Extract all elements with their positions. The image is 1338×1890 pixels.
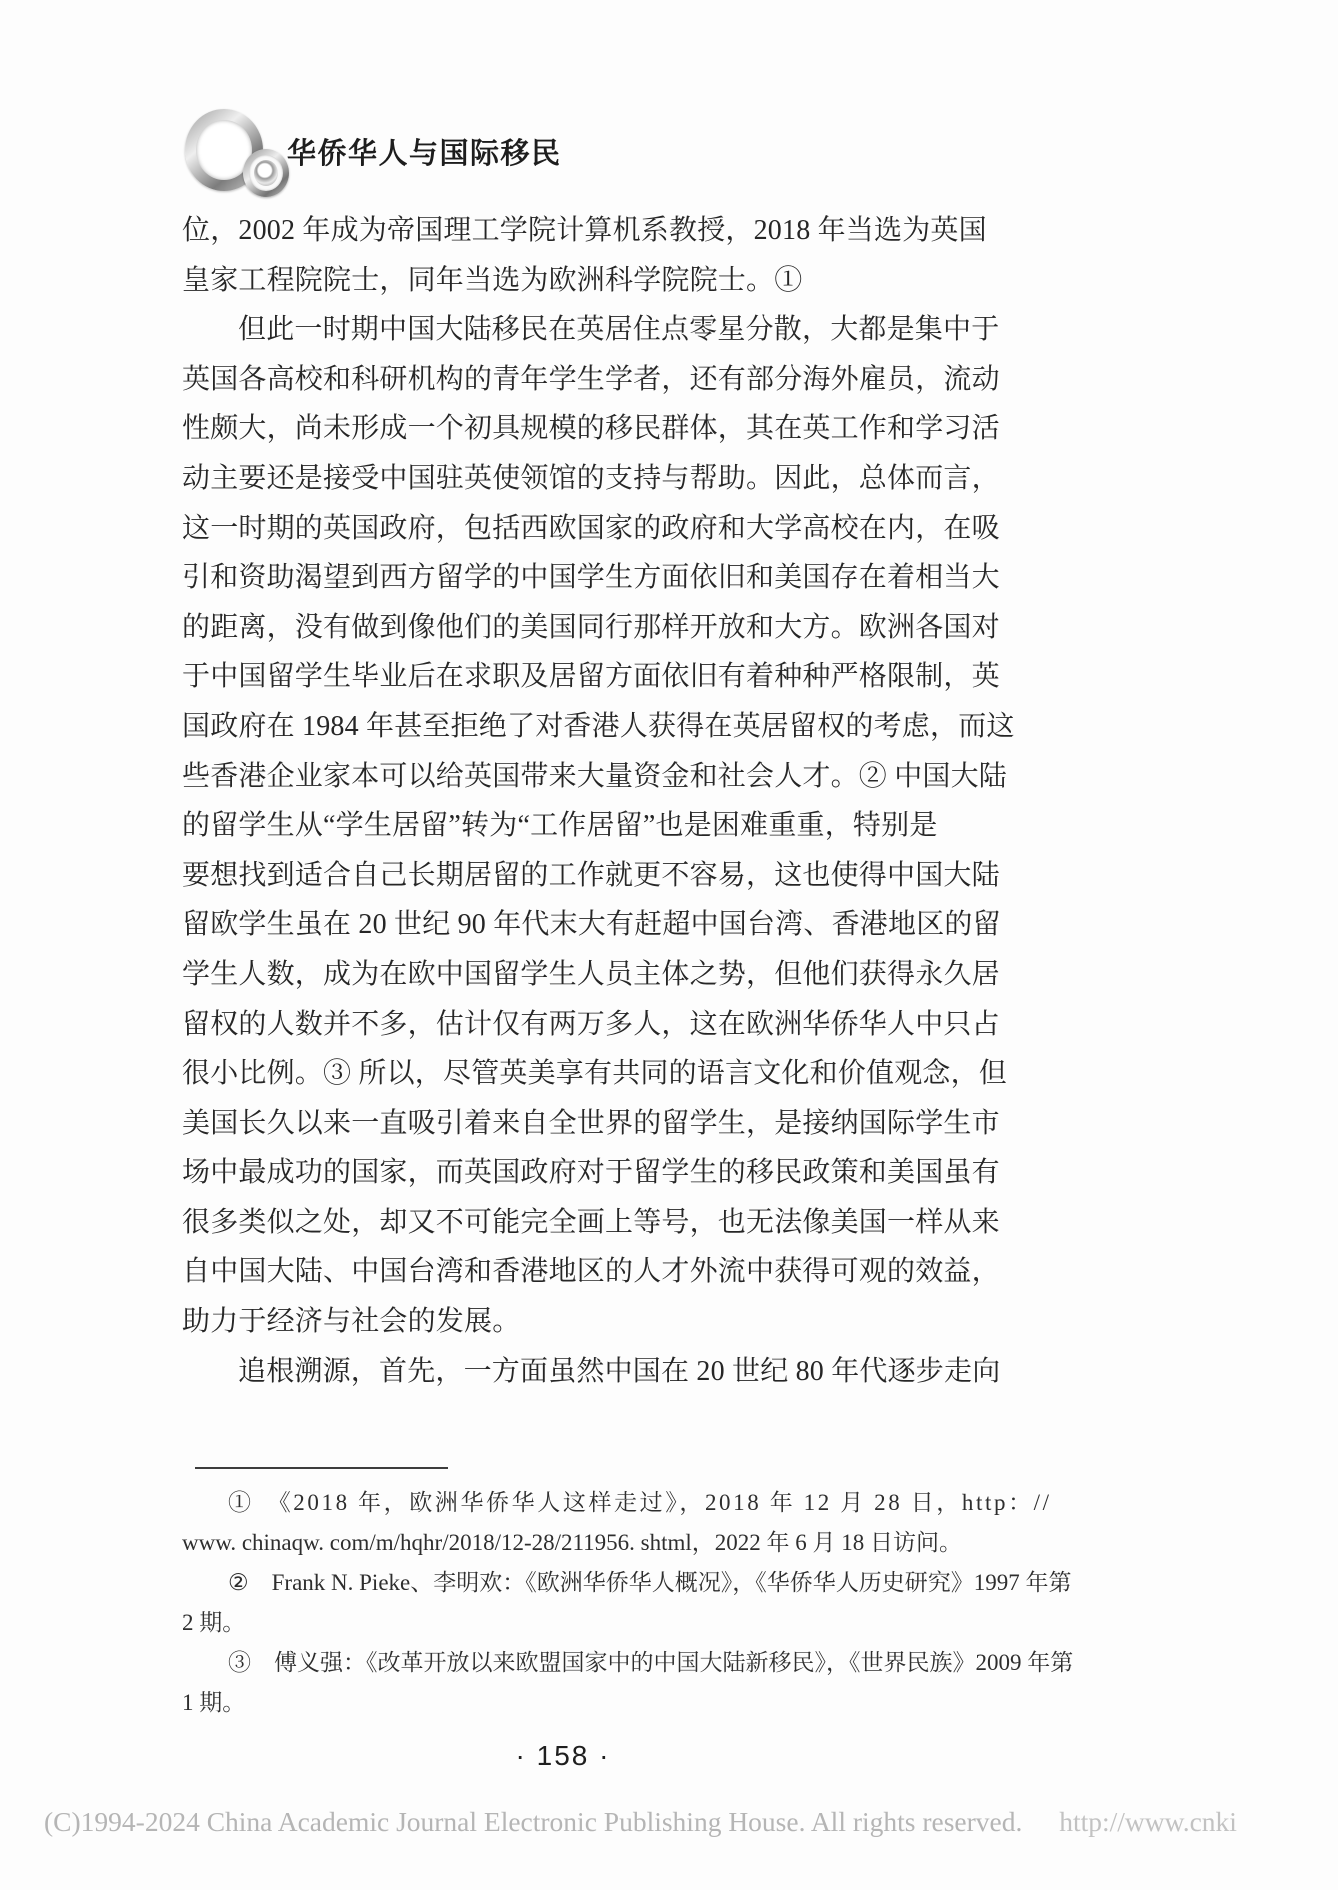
body-line: 助力于经济与社会的发展。 (182, 1297, 944, 1347)
footnote-line: ③ 傅义强：《改革开放以来欧盟国家中的中国大陆新移民》，《世界民族》2009 年… (182, 1643, 952, 1683)
body-line: 些香港企业家本可以给英国带来大量资金和社会人才。② 中国大陆 (182, 752, 944, 802)
copyright-url: http://www.cnki (1059, 1806, 1237, 1837)
body-line: 动主要还是接受中国驻英使领馆的支持与帮助。因此，总体而言， (182, 454, 944, 504)
copyright-text: (C)1994-2024 China Academic Journal Elec… (44, 1806, 1022, 1837)
body-line: 英国各高校和科研机构的青年学生学者，还有部分海外雇员，流动 (182, 355, 944, 405)
body-line: 的留学生从“学生居留”转为“工作居留”也是困难重重，特别是 (182, 801, 944, 851)
body-line: 位，2002 年成为帝国理工学院计算机系教授，2018 年当选为英国 (182, 206, 944, 256)
small-ring-icon (243, 149, 289, 197)
footnote-separator (195, 1467, 448, 1469)
body-text: 位，2002 年成为帝国理工学院计算机系教授，2018 年当选为英国 皇家工程院… (182, 206, 944, 1396)
body-line: 留权的人数并不多，估计仅有两万多人，这在欧洲华侨华人中只占 (182, 1000, 944, 1050)
footnote-line: www. chinaqw. com/m/hqhr/2018/12-28/2119… (182, 1523, 952, 1563)
body-line: 很小比例。③ 所以，尽管英美享有共同的语言文化和价值观念，但 (182, 1049, 944, 1099)
body-line: 很多类似之处，却又不可能完全画上等号，也无法像美国一样从来 (182, 1198, 944, 1248)
journal-logo-icon (183, 103, 293, 199)
body-line: 场中最成功的国家，而英国政府对于留学生的移民政策和美国虽有 (182, 1148, 944, 1198)
body-line: 追根溯源，首先，一方面虽然中国在 20 世纪 80 年代逐步走向 (182, 1347, 944, 1397)
footnote-line: 2 期。 (182, 1603, 952, 1643)
footnotes: ① 《2018 年，欧洲华侨华人这样走过》，2018 年 12 月 28 日，h… (182, 1483, 952, 1723)
page-header: 华侨华人与国际移民 (183, 103, 883, 199)
body-line: 国政府在 1984 年甚至拒绝了对香港人获得在英居留权的考虑，而这 (182, 702, 944, 752)
footnote-line: ① 《2018 年，欧洲华侨华人这样走过》，2018 年 12 月 28 日，h… (182, 1483, 952, 1523)
footnote-line: ② Frank N. Pieke、李明欢：《欧洲华侨华人概况》，《华侨华人历史研… (182, 1563, 952, 1603)
footnote-line: 1 期。 (182, 1683, 952, 1723)
body-line: 的距离，没有做到像他们的美国同行那样开放和大方。欧洲各国对 (182, 603, 944, 653)
body-line: 但此一时期中国大陆移民在英居住点零星分散，大都是集中于 (182, 305, 944, 355)
body-line: 于中国留学生毕业后在求职及居留方面依旧有着种种严格限制，英 (182, 652, 944, 702)
body-line: 这一时期的英国政府，包括西欧国家的政府和大学高校在内，在吸 (182, 504, 944, 554)
page-number: · 158 · (182, 1740, 944, 1772)
body-line: 性颇大，尚未形成一个初具规模的移民群体，其在英工作和学习活 (182, 404, 944, 454)
body-line: 自中国大陆、中国台湾和香港地区的人才外流中获得可观的效益， (182, 1247, 944, 1297)
journal-title: 华侨华人与国际移民 (287, 131, 562, 172)
copyright-watermark: (C)1994-2024 China Academic Journal Elec… (44, 1806, 1338, 1838)
body-line: 皇家工程院院士，同年当选为欧洲科学院院士。① (182, 256, 944, 306)
body-line: 要想找到适合自己长期居留的工作就更不容易，这也使得中国大陆 (182, 851, 944, 901)
body-line: 留欧学生虽在 20 世纪 90 年代末大有赶超中国台湾、香港地区的留 (182, 900, 944, 950)
body-line: 引和资助渴望到西方留学的中国学生方面依旧和美国存在着相当大 (182, 553, 944, 603)
scanned-document-page: 华侨华人与国际移民 位，2002 年成为帝国理工学院计算机系教授，2018 年当… (0, 0, 1338, 1890)
body-line: 美国长久以来一直吸引着来自全世界的留学生，是接纳国际学生市 (182, 1099, 944, 1149)
body-line: 学生人数，成为在欧中国留学生人员主体之势，但他们获得永久居 (182, 950, 944, 1000)
